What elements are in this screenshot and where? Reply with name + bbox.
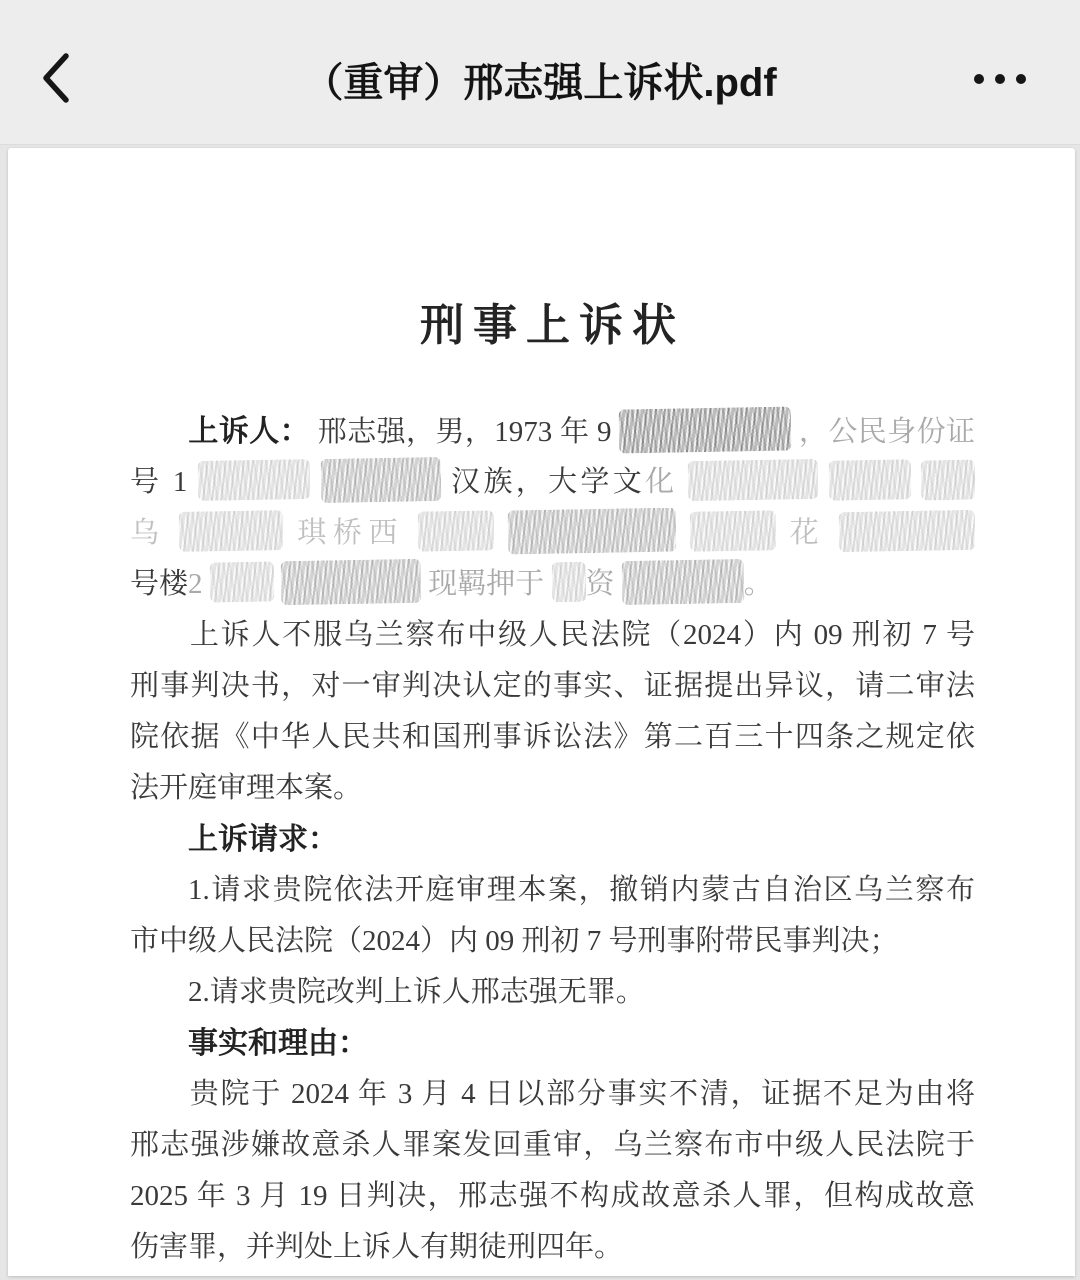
more-options-button[interactable] xyxy=(957,14,1032,144)
facts-text: 邢志强涉嫌故意杀人罪案发回重审，乌兰察布市中级人民法院于 xyxy=(130,1129,975,1161)
intro-line-1: 上诉人不服乌兰察布中级人民法院（2024）内 09 刑初 7 号 xyxy=(130,610,975,661)
ellipsis-icon xyxy=(963,72,1026,87)
appellant-line-4: 号楼2 现羁押于 资 。 xyxy=(130,559,975,610)
faint-fragment: 。 xyxy=(744,568,773,600)
back-button[interactable] xyxy=(0,14,110,144)
intro-line-2: 刑事判决书，对一审判决认定的事实、证据提出异议，请二审法 xyxy=(130,661,975,712)
chevron-left-icon xyxy=(37,49,73,110)
redaction-scribble xyxy=(507,508,676,554)
request-text: 市中级人民法院（2024）内 09 刑初 7 号刑事附带民事判决； xyxy=(130,925,899,957)
redaction-scribble xyxy=(688,459,819,501)
request-heading-line: 上诉请求： xyxy=(130,814,975,865)
redaction-scribble xyxy=(320,457,441,503)
facts-text: 贵院于 2024 年 3 月 4 日以部分事实不清，证据不足为由将 xyxy=(188,1078,975,1110)
request-text: 2.请求贵院改判上诉人邢志强无罪。 xyxy=(188,976,645,1008)
facts-heading: 事实和理由： xyxy=(188,1027,368,1060)
building-fragment: 号楼 xyxy=(130,568,188,600)
document-title: 刑事上诉状 xyxy=(130,296,975,356)
faint-fragment: 花 xyxy=(790,517,826,549)
ethnicity-education-fragment: 汉族，大学文 xyxy=(451,466,645,498)
facts-text: 2025 年 3 月 19 日判决，邢志强不构成故意杀人罪，但构成故意 xyxy=(130,1180,975,1212)
appellant-line-1: 上诉人： 邢志强，男，1973 年 9 ，公民身份证 xyxy=(130,406,975,457)
facts-text: 伤害罪，并判处上诉人有期徒刑四年。 xyxy=(130,1231,623,1263)
faint-fragment: 乌 xyxy=(130,517,166,549)
intro-line-4: 法开庭审理本案。 xyxy=(130,763,975,814)
facts-line-1: 贵院于 2024 年 3 月 4 日以部分事实不清，证据不足为由将 xyxy=(130,1069,975,1120)
redaction-scribble xyxy=(209,561,274,602)
custody-fragment: 现羁押于 xyxy=(428,568,544,600)
redaction-scribble xyxy=(689,510,776,551)
request2-line: 2.请求贵院改判上诉人邢志强无罪。 xyxy=(130,967,975,1018)
request-text: 1.请求贵院依法开庭审理本案，撤销内蒙古自治区乌兰察布 xyxy=(188,874,975,906)
faint-fragment: 琪桥西 xyxy=(297,517,404,549)
faint-fragment: 化 xyxy=(645,466,677,498)
redaction-scribble xyxy=(179,510,284,552)
redaction-scribble xyxy=(921,460,975,501)
redaction-scribble xyxy=(621,559,744,605)
facts-line-2: 邢志强涉嫌故意杀人罪案发回重审，乌兰察布市中级人民法院于 xyxy=(130,1120,975,1171)
redaction-scribble xyxy=(418,510,495,551)
intro-text: 刑事判决书，对一审判决认定的事实、证据提出异议，请二审法 xyxy=(130,670,975,702)
request1-line-2: 市中级人民法院（2024）内 09 刑初 7 号刑事附带民事判决； xyxy=(130,916,975,967)
faint-fragment: 2 xyxy=(188,568,203,600)
facts-line-3: 2025 年 3 月 19 日判决，邢志强不构成故意杀人罪，但构成故意 xyxy=(130,1171,975,1222)
request1-line-1: 1.请求贵院依法开庭审理本案，撤销内蒙古自治区乌兰察布 xyxy=(130,865,975,916)
appellant-line-2: 号 1 汉族，大学文化 xyxy=(130,457,975,508)
intro-line-3: 院依据《中华人民共和国刑事诉讼法》第二百三十四条之规定依 xyxy=(130,712,975,763)
redaction-scribble xyxy=(839,510,975,552)
request-heading: 上诉请求： xyxy=(188,823,338,856)
facts-line-4: 伤害罪，并判处上诉人有期徒刑四年。 xyxy=(130,1222,975,1273)
redaction-scribble xyxy=(551,562,586,603)
pdf-viewer-header: （重审）邢志强上诉状.pdf xyxy=(0,0,1080,145)
intro-text: 上诉人不服乌兰察布中级人民法院（2024）内 09 刑初 7 号 xyxy=(188,619,975,651)
file-title: （重审）邢志强上诉状.pdf xyxy=(0,14,1080,144)
intro-text: 院依据《中华人民共和国刑事诉讼法》第二百三十四条之规定依 xyxy=(130,721,975,753)
appellant-id-label: ，公民身份证 xyxy=(799,416,975,448)
appellant-info: 邢志强，男，1973 年 9 xyxy=(318,416,612,448)
appellant-line-3: 乌 琪桥西 花 xyxy=(130,508,975,559)
pdf-page: 刑事上诉状 上诉人： 邢志强，男，1973 年 9 ，公民身份证 号 1 汉族，… xyxy=(8,148,1075,1276)
facts-heading-line: 事实和理由： xyxy=(130,1018,975,1069)
redaction-scribble xyxy=(619,407,792,454)
id-number-fragment: 号 1 xyxy=(130,466,187,498)
intro-text: 法开庭审理本案。 xyxy=(130,772,362,804)
faint-fragment: 资 xyxy=(586,568,615,600)
redaction-scribble xyxy=(281,559,422,605)
appellant-label: 上诉人： xyxy=(188,415,310,448)
redaction-scribble xyxy=(198,459,311,501)
redaction-scribble xyxy=(828,459,911,500)
